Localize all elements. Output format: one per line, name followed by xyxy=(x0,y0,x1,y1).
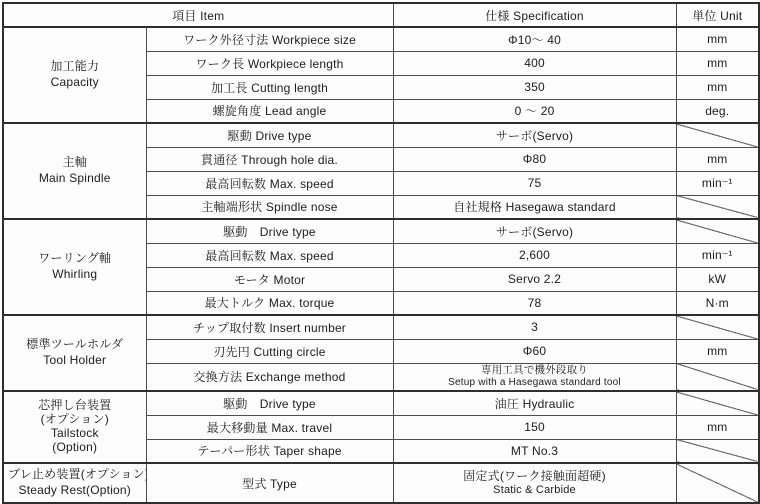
unit-cell: mm xyxy=(676,75,759,99)
category-en: Tailstock xyxy=(8,427,142,441)
category-cell-main-spindle: 主軸 Main Spindle xyxy=(3,123,146,219)
item-cell: 螺旋角度 Lead angle xyxy=(146,99,393,123)
spec-cell: 350 xyxy=(393,75,676,99)
spec-cell: サーボ(Servo) xyxy=(393,123,676,147)
item-cell: 型式 Type xyxy=(146,463,393,503)
item-cell: 最大トルク Max. torque xyxy=(146,291,393,315)
category-en: Tool Holder xyxy=(8,353,142,369)
unit-cell-diagonal xyxy=(676,363,759,391)
header-unit: 単位 Unit xyxy=(676,3,759,27)
header-item: 項目 Item xyxy=(3,3,393,27)
header-row: 項目 Item 仕様 Specification 単位 Unit xyxy=(3,3,759,27)
spec-cell: 固定式(ワーク接触面超硬) Static & Carbide xyxy=(393,463,676,503)
item-cell: 貫通径 Through hole dia. xyxy=(146,147,393,171)
spec-cell: サーボ(Servo) xyxy=(393,219,676,243)
spec-cell: Φ10～ 40 xyxy=(393,27,676,51)
spec-sheet: 項目 Item 仕様 Specification 単位 Unit 加工能力 Ca… xyxy=(0,0,760,504)
unit-cell-diagonal xyxy=(676,391,759,415)
category-cell-whirling: ワーリング軸 Whirling xyxy=(3,219,146,315)
unit-cell-diagonal xyxy=(676,195,759,219)
category-en-option: (Option) xyxy=(8,441,142,455)
table-row: 標準ツールホルダ Tool Holder チップ取付数 Insert numbe… xyxy=(3,315,759,339)
header-spec: 仕様 Specification xyxy=(393,3,676,27)
table-row: 加工能力 Capacity ワーク外径寸法 Workpiece size Φ10… xyxy=(3,27,759,51)
category-cell-capacity: 加工能力 Capacity xyxy=(3,27,146,123)
item-cell: ワーク長 Workpiece length xyxy=(146,51,393,75)
item-cell: 加工長 Cutting length xyxy=(146,75,393,99)
category-jp: 加工能力 xyxy=(8,59,142,75)
unit-cell-diagonal xyxy=(676,463,759,503)
spec-cell: 2,600 xyxy=(393,243,676,267)
table-row: ワーリング軸 Whirling 駆動 Drive type サーボ(Servo) xyxy=(3,219,759,243)
item-cell: 最高回転数 Max. speed xyxy=(146,243,393,267)
table-row: 主軸 Main Spindle 駆動 Drive type サーボ(Servo) xyxy=(3,123,759,147)
spec-line-jp: 固定式(ワーク接触面超硬) xyxy=(398,469,672,483)
unit-cell: deg. xyxy=(676,99,759,123)
unit-cell: mm xyxy=(676,339,759,363)
spec-line-en: Setup with a Hasegawa standard tool xyxy=(398,377,672,389)
unit-cell: kW xyxy=(676,267,759,291)
item-cell: 駆動 Drive type xyxy=(146,123,393,147)
unit-cell: mm xyxy=(676,51,759,75)
spec-cell: 78 xyxy=(393,291,676,315)
item-cell: 交換方法 Exchange method xyxy=(146,363,393,391)
unit-cell: N·m xyxy=(676,291,759,315)
category-en: Main Spindle xyxy=(8,171,142,187)
unit-cell: mm xyxy=(676,27,759,51)
spec-line-jp: 専用工具で機外段取り xyxy=(398,364,672,377)
spec-cell: Servo 2.2 xyxy=(393,267,676,291)
unit-cell-diagonal xyxy=(676,315,759,339)
unit-cell-diagonal xyxy=(676,219,759,243)
spec-cell: 150 xyxy=(393,415,676,439)
item-cell: 駆動 Drive type xyxy=(146,219,393,243)
category-cell-steady-rest: ブレ止め装置(オプション) Steady Rest(Option) xyxy=(3,463,146,503)
spec-cell: 400 xyxy=(393,51,676,75)
spec-cell: 自社規格 Hasegawa standard xyxy=(393,195,676,219)
spec-cell: 専用工具で機外段取り Setup with a Hasegawa standar… xyxy=(393,363,676,391)
spec-cell: MT No.3 xyxy=(393,439,676,463)
item-cell: 主軸端形状 Spindle nose xyxy=(146,195,393,219)
category-cell-tailstock: 芯押し台装置 (オプション) Tailstock (Option) xyxy=(3,391,146,463)
table-row: ブレ止め装置(オプション) Steady Rest(Option) 型式 Typ… xyxy=(3,463,759,503)
spec-cell: 75 xyxy=(393,171,676,195)
item-cell: チップ取付数 Insert number xyxy=(146,315,393,339)
item-cell: モータ Motor xyxy=(146,267,393,291)
unit-cell: min⁻¹ xyxy=(676,243,759,267)
spec-cell: 3 xyxy=(393,315,676,339)
spec-table: 項目 Item 仕様 Specification 単位 Unit 加工能力 Ca… xyxy=(2,2,760,504)
table-row: 芯押し台装置 (オプション) Tailstock (Option) 駆動 Dri… xyxy=(3,391,759,415)
category-en: Capacity xyxy=(8,75,142,91)
unit-cell: mm xyxy=(676,415,759,439)
spec-cell: 0 ～ 20 xyxy=(393,99,676,123)
spec-cell: Φ80 xyxy=(393,147,676,171)
item-cell: 最高回転数 Max. speed xyxy=(146,171,393,195)
unit-cell: min⁻¹ xyxy=(676,171,759,195)
item-cell: テーパー形状 Taper shape xyxy=(146,439,393,463)
category-jp-option: (オプション) xyxy=(8,413,142,427)
category-jp: 主軸 xyxy=(8,155,142,171)
category-jp: 標準ツールホルダ xyxy=(8,337,142,353)
category-en: Steady Rest(Option) xyxy=(8,483,142,499)
item-cell: 刃先円 Cutting circle xyxy=(146,339,393,363)
spec-line-en: Static & Carbide xyxy=(398,484,672,497)
spec-cell: Φ60 xyxy=(393,339,676,363)
category-en: Whirling xyxy=(8,267,142,283)
category-jp: ブレ止め装置(オプション) xyxy=(8,467,142,483)
item-cell: ワーク外径寸法 Workpiece size xyxy=(146,27,393,51)
category-jp: 芯押し台装置 xyxy=(8,399,142,413)
category-cell-tool-holder: 標準ツールホルダ Tool Holder xyxy=(3,315,146,391)
unit-cell-diagonal xyxy=(676,439,759,463)
item-cell: 駆動 Drive type xyxy=(146,391,393,415)
spec-cell: 油圧 Hydraulic xyxy=(393,391,676,415)
unit-cell-diagonal xyxy=(676,123,759,147)
unit-cell: mm xyxy=(676,147,759,171)
item-cell: 最大移動量 Max. travel xyxy=(146,415,393,439)
category-jp: ワーリング軸 xyxy=(8,251,142,267)
